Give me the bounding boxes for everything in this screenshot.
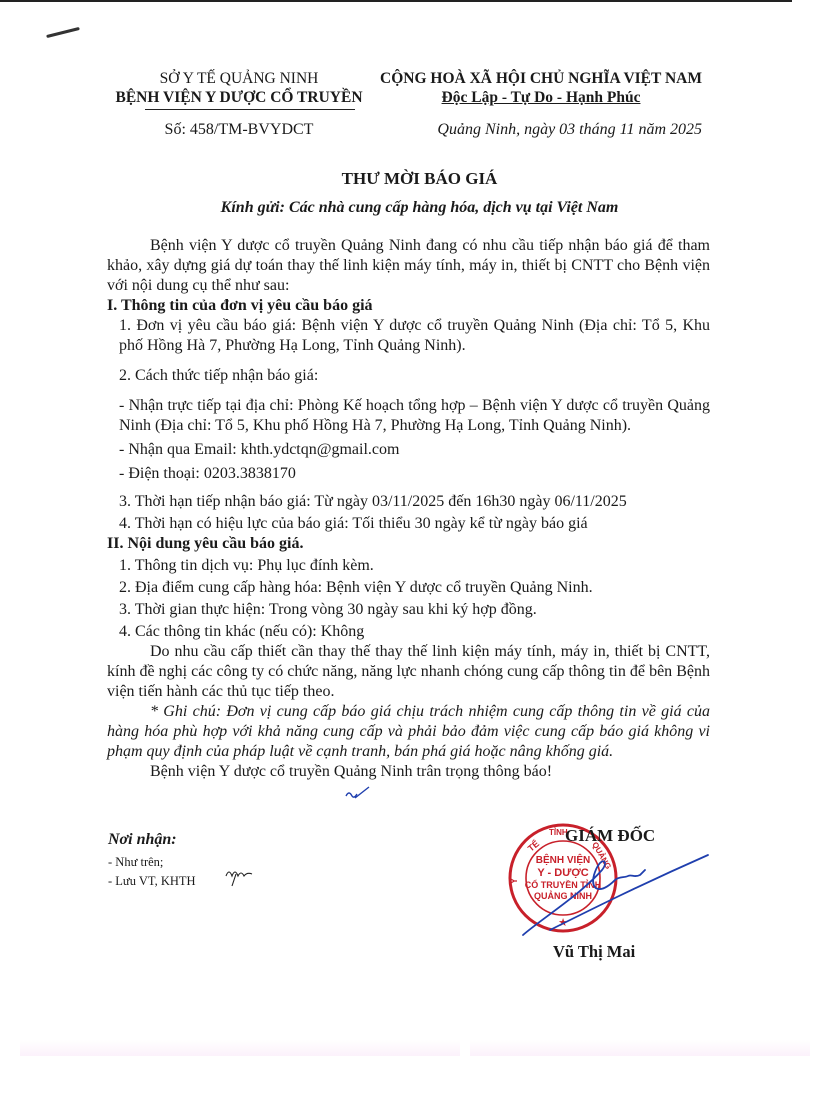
closing-line: Bệnh viện Y dược cổ truyền Quảng Ninh tr… [107,762,710,782]
addressee: Kính gửi: Các nhà cung cấp hàng hóa, dịc… [0,199,839,217]
agency-name: SỞ Y TẾ QUẢNG NINH [108,69,370,88]
svg-text:Y: Y [509,878,519,884]
place-date: Quảng Ninh, ngày 03 tháng 11 năm 2025 [380,121,702,139]
national-motto: Độc Lập - Tự Do - Hạnh Phúc [442,89,641,106]
scan-mark [46,27,80,38]
section-2-item-1: 1. Thông tin dịch vụ: Phụ lục đính kèm. [107,556,710,576]
page-top-edge [0,0,792,2]
recipient-item: - Như trên; [108,855,163,870]
scan-tint [20,1040,460,1056]
document-body: Bệnh viện Y dược cổ truyền Quảng Ninh đa… [107,236,710,782]
section-1-item-4: 4. Thời hạn có hiệu lực của báo giá: Tối… [107,514,710,534]
national-heading: CỘNG HOÀ XÃ HỘI CHỦ NGHĨA VIỆT NAM Độc L… [380,69,702,107]
section-2-heading: II. Nội dung yêu cầu báo giá. [107,534,710,554]
section-2-item-4: 4. Các thông tin khác (nếu có): Không [107,622,710,642]
section-1-item-1: 1. Đơn vị yêu cầu báo giá: Bệnh viện Y d… [107,316,710,356]
initial-signature-icon [224,858,264,888]
receive-phone: - Điện thoại: 0203.3838170 [107,464,710,484]
intro-paragraph: Bệnh viện Y dược cổ truyền Quảng Ninh đa… [107,236,710,296]
recipient-item: - Lưu VT, KHTH [108,874,196,889]
receive-direct: - Nhận trực tiếp tại địa chỉ: Phòng Kế h… [107,396,710,436]
note-paragraph: * Ghi chú: Đơn vị cung cấp báo giá chịu … [107,702,710,762]
receive-email: - Nhận qua Email: khth.ydctqn@gmail.com [107,440,710,460]
handwritten-signature-icon [520,840,710,940]
organization-underline [145,109,355,110]
signer-name: Vũ Thị Mai [553,942,635,962]
request-paragraph: Do nhu cầu cấp thiết cần thay thế thay t… [107,642,710,702]
section-1-item-2: 2. Cách thức tiếp nhận báo giá: [107,366,710,386]
nation-name: CỘNG HOÀ XÃ HỘI CHỦ NGHĨA VIỆT NAM [380,69,702,88]
document-number: Số: 458/TM-BVYDCT [108,121,370,139]
issuer-block: SỞ Y TẾ QUẢNG NINH BỆNH VIỆN Y DƯỢC CỔ T… [108,69,370,107]
section-1-heading: I. Thông tin của đơn vị yêu cầu báo giá [107,296,710,316]
scan-tint [470,1040,810,1056]
document-title: THƯ MỜI BÁO GIÁ [0,169,839,189]
section-2-item-2: 2. Địa điểm cung cấp hàng hóa: Bệnh viện… [107,578,710,598]
initial-mark-icon [345,786,371,800]
organization-name: BỆNH VIỆN Y DƯỢC CỔ TRUYỀN [108,88,370,107]
section-2-item-3: 3. Thời gian thực hiện: Trong vòng 30 ng… [107,600,710,620]
recipients-heading: Nơi nhận: [108,831,177,849]
section-1-item-3: 3. Thời hạn tiếp nhận báo giá: Từ ngày 0… [107,492,710,512]
